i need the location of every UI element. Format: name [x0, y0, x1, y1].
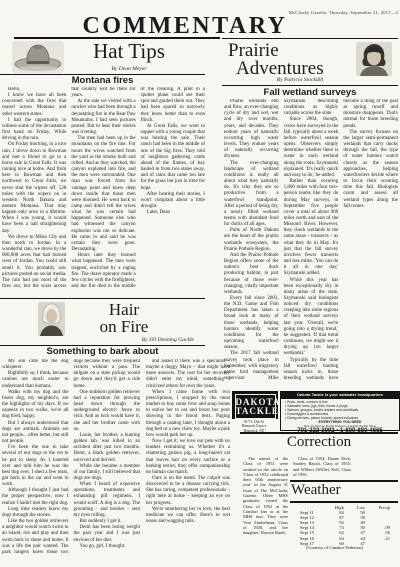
list-item: While this year has been exceptionally d…	[284, 278, 339, 358]
hair-title-line1: Hair	[64, 301, 184, 318]
hair-title-line2: on Fire	[64, 318, 184, 335]
list-item: While she became a member of our family,…	[74, 464, 141, 482]
hair-byline: By Jill Denning Gackle	[64, 337, 194, 343]
weather-title: Weather	[291, 483, 341, 498]
weather-table-body: High Low Precip Sept 118450Sept 128758Se…	[292, 505, 396, 546]
list-item: The men had been up in the mountains on …	[71, 136, 135, 253]
list-item: You go, girl, I thought.	[74, 544, 141, 550]
montana-fires-headline: Montana fires	[0, 76, 205, 86]
prairie-byline: By Patricia Stockdill	[240, 77, 360, 83]
list-item: Prairie wetlands ebb and flow, an ever-c…	[224, 99, 279, 161]
list-item: Since 2004, though, crews have surveyed …	[284, 117, 339, 179]
montana-fires-body: Hello,I know we have all been concerned …	[2, 87, 205, 294]
list-item: At Great Falls, we went to supper with a…	[141, 124, 205, 192]
list-item: I had the opportunity to witness some of…	[2, 118, 66, 143]
correction-col2: Class of 1954; Duane Dick; Stanley Bauch…	[293, 456, 351, 480]
fall-wetland-body: Prairie wetlands ebb and flow, an ever-c…	[224, 99, 398, 385]
weather-rule-bottom	[290, 501, 398, 503]
list-item: And the Prairie Pothole Region offers so…	[224, 253, 279, 296]
commentary-rule-thin	[222, 38, 398, 39]
bark-body-left: My son calls me the dog whisperer.Rightf…	[2, 359, 140, 558]
cowboy-hat-photo	[12, 41, 64, 73]
newspaper-page: McClusky Gazette, Thursday, September 21…	[0, 0, 400, 567]
list-item: The ever-changing landscape of wetland c…	[224, 161, 279, 229]
correction-col1-text: The names of the Class of 1951 were omit…	[243, 456, 288, 535]
ad-box: Dakota Tackle is your saltwater headquar…	[280, 391, 400, 431]
list-item: Parts of North Dakota are the heart of t…	[224, 228, 279, 253]
list-item: On Friday morning, in a nice rain, I dro…	[2, 142, 66, 234]
list-item: and asked if there was a specialist – ma…	[146, 359, 230, 390]
ad-logo-line2: TACKLE	[236, 407, 275, 416]
list-item: Although I thought I just had the proper…	[2, 488, 69, 506]
list-item: I've been the one to take several of our…	[2, 445, 69, 488]
correction-col1: The names of the Class of 1951 were omit…	[243, 456, 288, 548]
list-item: Rightfully so, I think, because canines …	[2, 371, 69, 389]
hat-tips-byline: By Dean Meyer	[64, 66, 194, 72]
ad-address: 817 S 12th StBismarck ExpwyBismarck, ND	[228, 420, 280, 433]
list-item: At the sale we visited with a rancher wh…	[71, 99, 135, 136]
list-item: I know we have all been concerned with t…	[2, 93, 66, 118]
list-item: When I came home with two prescriptions,…	[146, 390, 230, 439]
list-item: Demi has been losing weight the past yea…	[74, 525, 141, 543]
list-item: After hearing their stories, I won't com…	[141, 192, 205, 210]
list-item: Now I get it: we love our pets with no l…	[146, 439, 230, 476]
ad-logo: DAKOTA TACKLE	[232, 391, 278, 419]
fall-wetland-headline: Fall wetland surveys	[222, 88, 398, 98]
prairie-title-line2: Adventures	[236, 59, 324, 78]
list-item: Walks with my dog and the foster dog, my…	[2, 390, 69, 421]
list-item: We're smothering her in love, the best m…	[146, 507, 230, 525]
list-item: Later, Dean	[141, 210, 205, 216]
list-item: One stubborn golden retriever had a repu…	[74, 390, 141, 433]
weather-table: High Low Precip Sept 118450Sept 128758Se…	[292, 505, 396, 546]
bark-body-right: and asked if there was a specialist – ma…	[146, 359, 230, 558]
ad-headline-bar: Dakota Tackle is your saltwater headquar…	[281, 392, 399, 399]
jill-denning-gackle-photo	[38, 302, 65, 336]
hair-rule-top	[0, 298, 205, 299]
correction-col2-text: Class of 1954; Duane Dick; Stanley Bauch…	[293, 456, 351, 477]
patricia-stockdill-photo	[356, 42, 392, 76]
list-item: Rather than covering 1,800 miles with fo…	[284, 179, 339, 278]
ad-bullets: • Rods, reels, combos & line• Saltwater …	[281, 399, 399, 420]
list-item: When I heard of expensive operations, tr…	[74, 482, 141, 519]
list-item: Ours is on the mend. The culprit was dis…	[146, 476, 230, 507]
list-item: Long time readers know my dogs through t…	[2, 507, 69, 519]
list-item: The survey focuses on the larger semi-pe…	[343, 130, 398, 210]
weather-courtesy: (Courtesy of Candace Pederson)	[292, 545, 400, 550]
list-item: Every fall since 2003, the N.D. Game and…	[224, 296, 279, 351]
list-item: Louie, her brother, a hunting golden lab…	[74, 433, 141, 464]
list-item: But I always understood that dogs are an…	[2, 421, 69, 446]
hat-tips-title: Hat Tips	[64, 41, 194, 62]
correction-title: Correction	[240, 435, 398, 450]
bark-headline: Something to bark about	[0, 347, 205, 357]
commentary-title: COMMENTARY	[70, 14, 300, 38]
list-item: My son calls me the dog whisperer.	[2, 359, 69, 371]
